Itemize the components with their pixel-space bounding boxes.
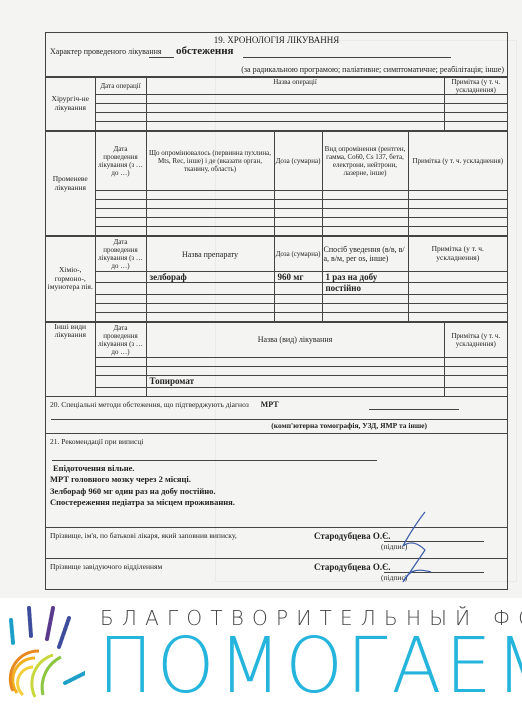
section-20: 20. Спеціальні методи обстеження, що під… bbox=[46, 397, 507, 434]
recommendations-list: Епідоточення вільне. МРТ головного мозку… bbox=[50, 463, 235, 509]
cell bbox=[146, 294, 274, 303]
cell bbox=[322, 312, 408, 321]
cell bbox=[322, 303, 408, 312]
cell bbox=[322, 191, 408, 200]
cell bbox=[146, 387, 444, 396]
section-19-header: 19. ХРОНОЛОГІЯ ЛІКУВАННЯ Характер провед… bbox=[46, 33, 507, 77]
col-header: Що опромінювалось (первинна пухлина, Mts… bbox=[146, 132, 274, 191]
cell bbox=[95, 104, 146, 113]
surgical-label: Хірургіч-не лікування bbox=[46, 78, 95, 131]
cell bbox=[95, 294, 146, 303]
other-note bbox=[444, 375, 507, 387]
cell bbox=[146, 200, 274, 209]
chemo-dose bbox=[274, 283, 322, 294]
cell bbox=[146, 209, 274, 218]
cell bbox=[408, 209, 507, 218]
cell bbox=[408, 191, 507, 200]
treatment-character-hint: (за радикальною програмою; паліативне; с… bbox=[46, 65, 507, 76]
table-row: зелбораф 960 мг 1 раз на добу bbox=[46, 272, 507, 283]
chemo-date bbox=[95, 272, 146, 283]
cell bbox=[146, 303, 274, 312]
cell bbox=[274, 209, 322, 218]
cell bbox=[95, 191, 146, 200]
cell bbox=[95, 312, 146, 321]
other-treatment-table: Інші види лікування Дата проведення ліку… bbox=[46, 322, 507, 397]
cell bbox=[95, 387, 146, 396]
handwritten-signature bbox=[395, 510, 435, 585]
doctor-name: Стародубцева О.Є. bbox=[314, 531, 391, 541]
col-header: Дата проведення лікування (з … до …) bbox=[95, 132, 146, 191]
chemo-route: постійно bbox=[322, 283, 408, 294]
recommendation-item: Зелбораф 960 мг один раз на добу постійн… bbox=[50, 486, 235, 498]
chemo-dose: 960 мг bbox=[274, 272, 322, 283]
chemo-drug: зелбораф bbox=[146, 272, 274, 283]
diagnostic-method-value: МРТ bbox=[261, 400, 279, 409]
cell bbox=[444, 122, 507, 131]
cell bbox=[444, 387, 507, 396]
cell bbox=[322, 227, 408, 236]
head-label: Прізвище завідуючого відділенням bbox=[50, 562, 162, 571]
cell bbox=[146, 357, 444, 366]
cell bbox=[95, 366, 146, 375]
cell bbox=[444, 104, 507, 113]
surgical-table: Хірургіч-не лікування Дата операції Назв… bbox=[46, 77, 507, 131]
col-header: Вид опромінення (рентген, гамма, Co60, C… bbox=[322, 132, 408, 191]
radiation-label: Променеве лікування bbox=[46, 132, 95, 236]
cell bbox=[146, 312, 274, 321]
head-name: Стародубцева О.Є. bbox=[314, 562, 391, 572]
cell bbox=[274, 312, 322, 321]
table-row: постійно bbox=[46, 283, 507, 294]
cell bbox=[95, 227, 146, 236]
logo-line-2: ПОМОГАЕМ bbox=[98, 628, 522, 705]
underline bbox=[149, 57, 174, 58]
cell bbox=[444, 366, 507, 375]
col-header: Назва препарату bbox=[146, 237, 274, 272]
cell bbox=[95, 209, 146, 218]
col-header: Примітка (у т. ч. ускладнення) bbox=[408, 132, 507, 191]
other-name: Топиромат bbox=[146, 375, 444, 387]
treatment-character-row: Характер проведеного лікування обстеженн… bbox=[46, 45, 507, 65]
doctor-label: Прізвище, ім'я, по батькові лікаря, який… bbox=[50, 531, 237, 540]
cell bbox=[146, 227, 274, 236]
col-header: Дата проведення лікування (з … до …) bbox=[95, 322, 146, 357]
section-20-hint: (комп'ютерна томографія, УЗД, ЯМР та інш… bbox=[271, 421, 427, 430]
cell bbox=[146, 113, 444, 122]
charity-logo-banner: БЛАГОТВОРИТЕЛЬНЫЙ ФОНД ПОМОГАЕМ bbox=[0, 598, 522, 713]
chemo-note bbox=[408, 272, 507, 283]
cell bbox=[408, 200, 507, 209]
cell bbox=[322, 294, 408, 303]
chemo-table: Хіміо-, гормоно-, імунотера пія. Дата пр… bbox=[46, 236, 507, 322]
cell bbox=[146, 95, 444, 104]
cell bbox=[408, 227, 507, 236]
cell bbox=[95, 122, 146, 131]
chemo-drug bbox=[146, 283, 274, 294]
section-21: 21. Рекомендації при виписці Епідоточенн… bbox=[46, 434, 507, 528]
cell bbox=[408, 294, 507, 303]
cell bbox=[274, 227, 322, 236]
underline bbox=[243, 57, 451, 58]
cell bbox=[95, 95, 146, 104]
cell bbox=[274, 191, 322, 200]
col-header: Доза (сумарна) bbox=[274, 132, 322, 191]
col-header: Дата операції bbox=[95, 78, 146, 95]
doctor-signature-row: Прізвище, ім'я, по батькові лікаря, який… bbox=[46, 528, 507, 559]
col-header: Примітка (у т. ч. ускладнення) bbox=[408, 237, 507, 272]
underline bbox=[52, 460, 377, 461]
cell bbox=[274, 200, 322, 209]
hand-logo-icon bbox=[5, 603, 85, 698]
cell bbox=[95, 218, 146, 227]
cell bbox=[95, 357, 146, 366]
col-header: Примітка (у т. ч. ускладнення) bbox=[444, 322, 507, 357]
cell bbox=[146, 366, 444, 375]
radiation-table: Променеве лікування Дата проведення ліку… bbox=[46, 131, 507, 236]
cell bbox=[274, 303, 322, 312]
cell bbox=[444, 113, 507, 122]
other-label: Інші види лікування bbox=[46, 322, 95, 396]
treatment-character-value: обстеження bbox=[176, 45, 234, 57]
cell bbox=[95, 303, 146, 312]
col-header: Доза (сумарна) bbox=[274, 237, 322, 272]
discharge-form: 19. ХРОНОЛОГІЯ ЛІКУВАННЯ Характер провед… bbox=[45, 32, 508, 590]
recommendation-item: Спостереження педіатра за місцем прожива… bbox=[50, 497, 235, 509]
col-header: Спосіб уведення (в/в, в/а, в/м, per os, … bbox=[322, 237, 408, 272]
cell bbox=[146, 191, 274, 200]
recommendation-item: МРТ головного мозку через 2 місяці. bbox=[50, 474, 235, 486]
cell bbox=[146, 104, 444, 113]
treatment-character-label: Характер проведеного лікування bbox=[50, 47, 162, 56]
chemo-route: 1 раз на добу bbox=[322, 272, 408, 283]
section-19-title: 19. ХРОНОЛОГІЯ ЛІКУВАННЯ bbox=[46, 33, 507, 45]
underline bbox=[369, 409, 459, 410]
cell bbox=[95, 113, 146, 122]
chemo-note bbox=[408, 283, 507, 294]
cell bbox=[274, 294, 322, 303]
cell bbox=[444, 95, 507, 104]
col-header: Назва (вид) лікування bbox=[146, 322, 444, 357]
cell bbox=[408, 303, 507, 312]
cell bbox=[408, 218, 507, 227]
table-row: Топиромат bbox=[46, 375, 507, 387]
col-header: Назва операції bbox=[146, 78, 444, 95]
underline bbox=[51, 419, 507, 420]
cell bbox=[408, 312, 507, 321]
chemo-label: Хіміо-, гормоно-, імунотера пія. bbox=[46, 237, 95, 322]
section-21-label: 21. Рекомендації при виписці bbox=[50, 437, 143, 446]
cell bbox=[322, 200, 408, 209]
section-20-label: 20. Спеціальні методи обстеження, що під… bbox=[50, 400, 249, 409]
col-header: Примітка (у т. ч. ускладнення) bbox=[444, 78, 507, 95]
other-date bbox=[95, 375, 146, 387]
cell bbox=[95, 200, 146, 209]
cell bbox=[274, 218, 322, 227]
cell bbox=[444, 357, 507, 366]
cell bbox=[146, 122, 444, 131]
chemo-date bbox=[95, 283, 146, 294]
col-header: Дата проведення лікування (з … до …) bbox=[95, 237, 146, 272]
cell bbox=[322, 209, 408, 218]
recommendation-item: Епідоточення вільне. bbox=[50, 463, 235, 475]
head-signature-row: Прізвище завідуючого відділенням Староду… bbox=[46, 559, 507, 589]
cell bbox=[146, 218, 274, 227]
cell bbox=[322, 218, 408, 227]
